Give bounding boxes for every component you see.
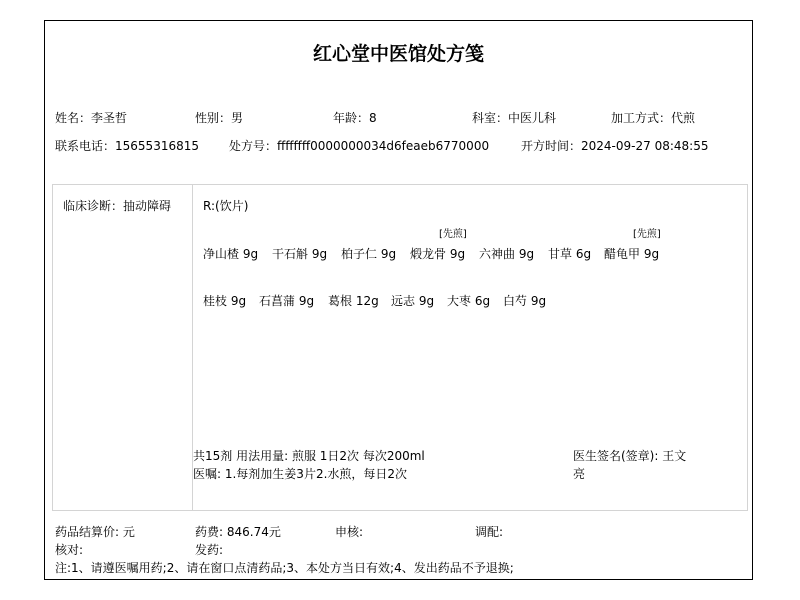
herb-item: 大枣 6g <box>447 292 490 309</box>
herb-item: 柏子仁 9g <box>341 245 396 262</box>
herb-item: 醋龟甲 9g <box>604 245 659 262</box>
diagnosis-value: 抽动障碍 <box>123 199 171 213</box>
patient-phone: 联系电话：15655316815 <box>55 137 199 154</box>
herb-note: [先煎] <box>633 225 661 240</box>
herb-name: 白芍 <box>503 294 527 308</box>
herb-note: [先煎] <box>439 225 467 240</box>
time-value: 2024-09-27 08:48:55 <box>581 139 708 153</box>
prescription-time: 开方时间：2024-09-27 08:48:55 <box>521 137 708 154</box>
herb-name: 六神曲 <box>479 247 515 261</box>
herb-dose: 9g <box>419 294 434 308</box>
diagnosis-label: 临床诊断： <box>63 199 123 213</box>
rx-no-value: ffffffff0000000034d6feaeb6770000 <box>277 139 489 153</box>
issue-field: 发药: <box>195 541 223 558</box>
time-label: 开方时间： <box>521 139 581 153</box>
herb-name: 葛根 <box>328 294 352 308</box>
prescription-sheet: 红心堂中医馆处方笺 姓名：李圣哲 性别：男 年龄：8 科室：中医儿科 加工方式：… <box>44 20 753 580</box>
herb-dose: 9g <box>381 247 396 261</box>
rx-no-label: 处方号： <box>229 139 277 153</box>
herb-item: 白芍 9g <box>503 292 546 309</box>
process-method: 加工方式：代煎 <box>611 109 695 126</box>
process-label: 加工方式： <box>611 111 671 125</box>
herb-dose: 6g <box>576 247 591 261</box>
herb-item: 六神曲 9g <box>479 245 534 262</box>
clinical-diagnosis: 临床诊断：抽动障碍 <box>63 197 171 214</box>
herb-dose: 9g <box>231 294 246 308</box>
dept-label: 科室： <box>472 111 508 125</box>
herb-name: 桂枝 <box>203 294 227 308</box>
doctor-signature: 医生签名(签章): 王文 <box>573 447 686 464</box>
drug-fee: 药费: 846.74元 <box>195 523 281 540</box>
name-label: 姓名： <box>55 111 91 125</box>
dispense-field: 调配: <box>475 523 503 540</box>
usage-instructions: 共15剂 用法用量: 煎服 1日2次 每次200ml <box>193 447 425 464</box>
doctor-signature-cont: 亮 <box>573 465 585 482</box>
herb-dose: 6g <box>475 294 490 308</box>
age-label: 年龄： <box>333 111 369 125</box>
herb-item: 煅龙骨 9g <box>410 245 465 262</box>
gender-value: 男 <box>231 111 243 125</box>
herb-dose: 12g <box>356 294 379 308</box>
check-field: 核对: <box>55 541 83 558</box>
review-field: 申核: <box>335 523 363 540</box>
prescription-number: 处方号：ffffffff0000000034d6feaeb6770000 <box>229 137 489 154</box>
settle-price: 药品结算价: 元 <box>55 523 135 540</box>
doctor-advice: 医嘱: 1.每剂加生姜3片2.水煎，每日2次 <box>193 465 407 482</box>
rx-header: R:(饮片) <box>203 197 248 214</box>
herb-item: 远志 9g <box>391 292 434 309</box>
name-value: 李圣哲 <box>91 111 127 125</box>
page-title: 红心堂中医馆处方笺 <box>45 39 752 66</box>
process-value: 代煎 <box>671 111 695 125</box>
herb-dose: 9g <box>312 247 327 261</box>
patient-name: 姓名：李圣哲 <box>55 109 127 126</box>
herb-dose: 9g <box>519 247 534 261</box>
herb-name: 甘草 <box>548 247 572 261</box>
herb-item: 桂枝 9g <box>203 292 246 309</box>
herb-item: 净山楂 9g <box>203 245 258 262</box>
herb-item: 干石斛 9g <box>272 245 327 262</box>
prescription-box: 临床诊断：抽动障碍 R:(饮片) 净山楂 9g 干石斛 9g 柏子仁 9g [先… <box>52 184 748 511</box>
herb-name: 柏子仁 <box>341 247 377 261</box>
herb-item: 石菖蒲 9g <box>259 292 314 309</box>
patient-gender: 性别：男 <box>195 109 243 126</box>
herb-name: 醋龟甲 <box>604 247 640 261</box>
phone-label: 联系电话： <box>55 139 115 153</box>
herb-name: 石菖蒲 <box>259 294 295 308</box>
phone-value: 15655316815 <box>115 139 199 153</box>
herb-name: 煅龙骨 <box>410 247 446 261</box>
department: 科室：中医儿科 <box>472 109 556 126</box>
herb-item: 甘草 6g <box>548 245 591 262</box>
herb-dose: 9g <box>243 247 258 261</box>
herb-name: 干石斛 <box>272 247 308 261</box>
age-value: 8 <box>369 111 377 125</box>
herb-dose: 9g <box>531 294 546 308</box>
gender-label: 性别： <box>195 111 231 125</box>
herb-dose: 9g <box>450 247 465 261</box>
herb-dose: 9g <box>299 294 314 308</box>
herb-name: 净山楂 <box>203 247 239 261</box>
herb-name: 远志 <box>391 294 415 308</box>
dept-value: 中医儿科 <box>508 111 556 125</box>
herb-name: 大枣 <box>447 294 471 308</box>
herb-dose: 9g <box>644 247 659 261</box>
footer-notes: 注:1、请遵医嘱用药;2、请在窗口点清药品;3、本处方当日有效;4、发出药品不予… <box>55 559 514 576</box>
patient-age: 年龄：8 <box>333 109 377 126</box>
herb-item: 葛根 12g <box>328 292 379 309</box>
